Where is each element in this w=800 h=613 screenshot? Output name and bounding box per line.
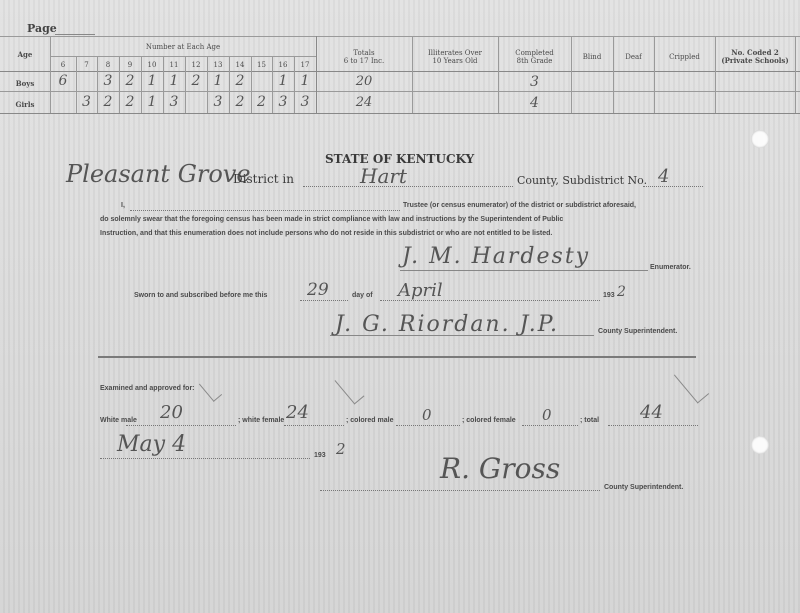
age-13-header: 13 xyxy=(207,61,229,69)
county-supt-label-2: County Superintendent. xyxy=(604,484,683,491)
crippled-header: Crippled xyxy=(654,53,715,61)
checkmark-icon xyxy=(199,377,222,402)
age-12-header: 12 xyxy=(185,61,207,69)
day-of-label: day of xyxy=(352,292,373,299)
enumerator-signature-line xyxy=(400,270,648,271)
boys-age-10: 1 xyxy=(141,73,163,89)
boys-age-16: 1 xyxy=(272,73,294,89)
colored-male-value: 0 xyxy=(422,406,432,424)
sworn-day-line xyxy=(300,300,348,301)
colored-female-value: 0 xyxy=(542,406,552,424)
superintendent-signature: R. Gross xyxy=(440,452,560,485)
sworn-month: April xyxy=(398,280,443,301)
boys-age-6: 6 xyxy=(50,73,76,89)
sworn-year-digit: 2 xyxy=(617,284,626,300)
trustee-name-line xyxy=(130,210,400,211)
approval-year-prefix: 193 xyxy=(314,452,326,459)
boys-age-17: 1 xyxy=(294,73,316,89)
age-16-header: 16 xyxy=(272,61,294,69)
boys-age-14: 2 xyxy=(229,73,251,89)
checkmark-icon xyxy=(674,366,709,404)
white-female-label: ; white female xyxy=(238,417,284,424)
girls-age-16: 3 xyxy=(272,94,294,110)
age-11-header: 11 xyxy=(163,61,185,69)
age-7-header: 7 xyxy=(76,61,97,69)
boys-age-13: 1 xyxy=(207,73,229,89)
girls-age-17: 3 xyxy=(294,94,316,110)
subdistrict-field-line xyxy=(643,186,703,187)
colored-male-label: ; colored male xyxy=(346,417,393,424)
subdistrict-number: 4 xyxy=(658,166,669,187)
enumerator-label: Enumerator. xyxy=(650,264,691,271)
sworn-year-prefix: 193 xyxy=(603,292,615,299)
girls-completed-8th: 4 xyxy=(498,95,571,111)
page-number-field xyxy=(55,34,95,35)
district-label: District in xyxy=(233,172,294,186)
white-female-line xyxy=(284,425,344,426)
age-8-header: 8 xyxy=(97,61,119,69)
completed-8th-header: Completed 8th Grade xyxy=(498,49,571,65)
girls-row-label: Girls xyxy=(0,101,50,109)
colored-female-label: ; colored female xyxy=(462,417,516,424)
census-table: Age Number at Each Age 6 7 8 9 10 11 12 … xyxy=(0,36,800,116)
age-9-header: 9 xyxy=(119,61,141,69)
sworn-day: 29 xyxy=(307,280,329,300)
girls-age-7: 3 xyxy=(76,94,97,110)
white-male-label: White male xyxy=(100,417,137,424)
section-divider xyxy=(98,356,696,358)
justice-signature: J. G. Riordan. J.P. xyxy=(335,312,559,337)
county-name: Hart xyxy=(360,164,407,188)
county-field-line xyxy=(303,186,513,187)
page-label: Page xyxy=(27,22,57,35)
total-label: ; total xyxy=(580,417,599,424)
county-label: County, Subdistrict No. xyxy=(517,174,647,187)
colored-female-line xyxy=(522,425,578,426)
boys-age-8: 3 xyxy=(97,73,119,89)
oath-prefix: I, xyxy=(121,202,125,209)
girls-age-13: 3 xyxy=(207,94,229,110)
age-header: Age xyxy=(0,51,50,59)
colored-male-line xyxy=(396,425,460,426)
white-female-value: 24 xyxy=(286,402,309,423)
superintendent-signature-line xyxy=(320,490,600,491)
hole-punch-bottom xyxy=(751,436,769,454)
white-male-value: 20 xyxy=(160,402,183,423)
total-line xyxy=(608,425,698,426)
girls-age-14: 2 xyxy=(229,94,251,110)
approval-date: May 4 xyxy=(117,432,186,457)
boys-row-label: Boys xyxy=(0,80,50,88)
age-14-header: 14 xyxy=(229,61,251,69)
county-supt-label-1: County Superintendent. xyxy=(598,328,677,335)
girls-age-8: 2 xyxy=(97,94,119,110)
boys-completed-8th: 3 xyxy=(498,74,571,90)
illiterates-header: Illiterates Over 10 Years Old xyxy=(412,49,498,65)
approval-year-digit: 2 xyxy=(336,440,346,458)
district-name: Pleasant Grove xyxy=(66,160,251,188)
examined-label: Examined and approved for: xyxy=(100,385,195,392)
age-17-header: 17 xyxy=(294,61,316,69)
approval-date-line xyxy=(100,458,310,459)
blind-header: Blind xyxy=(571,53,613,61)
boys-age-12: 2 xyxy=(185,73,207,89)
totals-header: Totals 6 to 17 Inc. xyxy=(316,49,412,65)
number-at-each-age-header: Number at Each Age xyxy=(50,43,316,51)
hole-punch-top xyxy=(751,130,769,148)
deaf-header: Deaf xyxy=(613,53,654,61)
oath-line-2: do solemnly swear that the foregoing cen… xyxy=(100,216,563,223)
girls-age-10: 1 xyxy=(141,94,163,110)
checkmark-icon xyxy=(335,372,365,404)
enumerator-signature: J. M. Hardesty xyxy=(402,244,590,269)
age-10-header: 10 xyxy=(141,61,163,69)
sworn-label: Sworn to and subscribed before me this xyxy=(134,292,267,299)
girls-age-11: 3 xyxy=(163,94,185,110)
age-15-header: 15 xyxy=(251,61,272,69)
boys-totals: 20 xyxy=(316,74,412,89)
boys-age-9: 2 xyxy=(119,73,141,89)
age-6-header: 6 xyxy=(50,61,76,69)
coded2-header: No. Coded 2 (Private Schools) xyxy=(715,49,795,65)
girls-age-9: 2 xyxy=(119,94,141,110)
oath-line-1: Trustee (or census enumerator) of the di… xyxy=(403,202,636,209)
total-value: 44 xyxy=(640,402,663,423)
boys-age-11: 1 xyxy=(163,73,185,89)
oath-line-3: Instruction, and that this enumeration d… xyxy=(100,230,552,237)
girls-age-15: 2 xyxy=(251,94,272,110)
girls-totals: 24 xyxy=(316,95,412,110)
white-male-line xyxy=(126,425,236,426)
